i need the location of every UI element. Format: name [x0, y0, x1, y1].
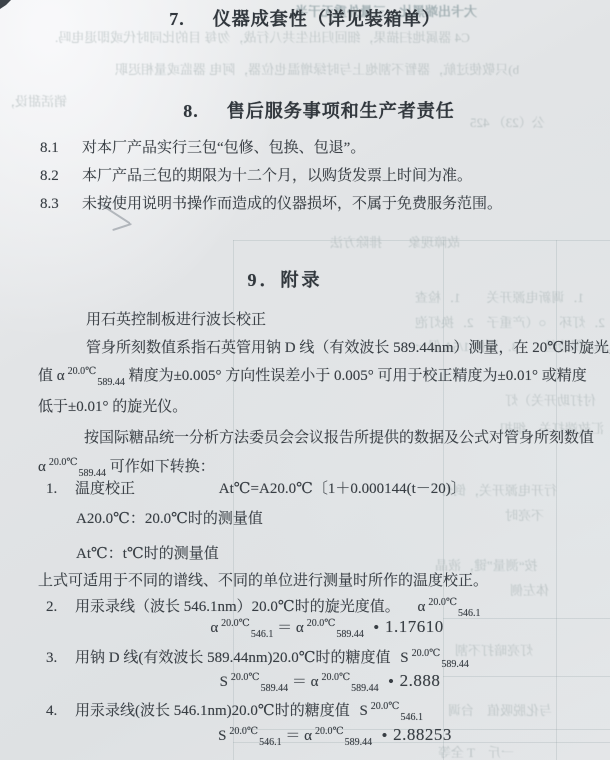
symbol-base: α [304, 728, 312, 744]
item-number: 3. [46, 650, 57, 666]
paragraph-2-line-1: 按国际糖品统一分析方法委员会会议报告所提供的数据及公式对管身所刻数值 [84, 426, 594, 447]
symbol-sub: 589.44 [441, 659, 469, 670]
bleed-through-text: 与化脱吸值 台调 [448, 700, 552, 719]
paragraph-1-line-3: 低于±0.01° 的旋光仪。 [38, 395, 187, 416]
clause-text: 对本厂产品实行三包“包修、包换、包退”。 [82, 140, 365, 156]
clause-number: 8.3 [40, 196, 66, 213]
symbol-sub: 589.44 [351, 683, 379, 694]
list-item-4: 4. 用汞录线(波长 546.1nm)20.0℃时的糖度值 S20.0℃546.… [46, 699, 423, 720]
symbol-alpha-546: α20.0℃546.1 [417, 599, 480, 615]
symbol-sub: 589.44 [345, 737, 373, 748]
symbol-sup: 20.0℃ [412, 648, 441, 659]
list-item-1: 1. 温度校正 At℃=A20.0℃〔1＋0.000144(t－20)〕 [46, 477, 466, 498]
symbol-sup: 20.0℃ [321, 672, 350, 683]
section-8-title: 售后服务事项和生产者责任 [227, 101, 455, 121]
clause-number: 8.2 [40, 168, 66, 185]
symbol-s-546: S20.0℃546.1 [359, 703, 423, 719]
symbol-sub: 589.44 [97, 377, 125, 388]
symbol-sup: 20.0℃ [371, 701, 400, 712]
symbol-sup: 20.0℃ [229, 726, 258, 737]
symbol-sup: 20.0℃ [315, 726, 344, 737]
factor-value: 1.17610 [385, 617, 444, 636]
temperature-formula: At℃=A20.0℃〔1＋0.000144(t－20)〕 [219, 481, 466, 497]
symbol-alpha-546: α20.0℃546.1 [210, 620, 273, 636]
symbol-base: α [210, 620, 218, 636]
multiplication-dot: • [382, 728, 387, 744]
item-number: 4. [46, 703, 57, 719]
item-label: 温度校正 [75, 481, 135, 497]
symbol-sub: 546.1 [259, 737, 282, 748]
note-line: 上式可适用于不同的谱线、不同的单位进行测量时所作的温度校正。 [38, 569, 488, 590]
symbol-sup: 20.0℃ [68, 366, 97, 377]
definition-at: At℃：t℃时的测量值 [76, 542, 219, 563]
formula-2: α20.0℃546.1 ＝ α20.0℃589.44 •1.17610 [22, 616, 610, 637]
clause-text: 本厂产品三包的期限为十二个月，以购货发票上时间为准。 [82, 168, 472, 184]
section-9-title: 附录 [281, 270, 323, 290]
symbol-base: S [220, 674, 228, 690]
symbol-alpha-589: α20.0℃589.44 [311, 674, 379, 690]
symbol-base: S [218, 728, 226, 744]
section-9-number: 9． [248, 270, 281, 290]
symbol-sub: 589.44 [261, 683, 289, 694]
paragraph-2-line-2-suffix: 可作如下转换： [110, 459, 215, 475]
paragraph-1-line-1: 管身所刻数值系指石英管用钠 D 线（有效波长 589.44nm）测量，在 20℃… [86, 336, 610, 357]
factor-value: 2.88253 [393, 725, 452, 744]
symbol-base: α [38, 459, 46, 475]
bleed-through-text: 故障现象 排除方法 [330, 232, 460, 251]
pen-mark [112, 223, 132, 231]
symbol-base: α [311, 674, 319, 690]
symbol-base: α [57, 368, 65, 384]
clause-number: 8.1 [40, 140, 66, 157]
symbol-sub: 589.44 [336, 629, 364, 640]
paragraph-2-line-2: α20.0℃589.44 可作如下转换： [38, 455, 215, 476]
formula-3: S20.0℃589.44 ＝ α20.0℃589.44 •2.888 [25, 670, 610, 691]
symbol-base: α [417, 599, 425, 615]
item-number: 2. [46, 599, 57, 615]
symbol-sub: 546.1 [400, 712, 423, 723]
paragraph-1-line-2-suffix: 精度为±0.005° 方向性误差小于 0.005° 可用于校正精度为±0.01°… [129, 368, 587, 384]
paragraph-1-line-2-prefix: 值 [38, 368, 53, 384]
multiplication-dot: • [374, 620, 379, 636]
section-7-heading: 7.仪器成套性（详见装箱单） [0, 5, 610, 31]
item-number: 1. [46, 481, 57, 497]
definition-a20: A20.0℃：20.0℃时的测量值 [76, 507, 263, 528]
paragraph-1-line-2: 值 α20.0℃589.44 精度为±0.005° 方向性误差小于 0.005°… [38, 364, 587, 385]
symbol-base: α [296, 620, 304, 636]
clause-8-2: 8.2本厂产品三包的期限为十二个月，以购货发票上时间为准。 [40, 164, 472, 185]
clause-8-3: 8.3未按使用说明书操作而造成的仪器损坏，不属于免费服务范围。 [40, 192, 502, 213]
symbol-s-589: S20.0℃589.44 [220, 674, 289, 690]
symbol-sup: 20.0℃ [307, 618, 336, 629]
formula-4: S20.0℃546.1 ＝ α20.0℃589.44 •2.88253 [30, 724, 610, 745]
symbol-sup: 20.0℃ [231, 672, 260, 683]
symbol-s-546: S20.0℃546.1 [218, 728, 282, 744]
section-8-heading: 8.售后服务事项和生产者责任 [14, 97, 610, 123]
symbol-alpha-589: α20.0℃589.44 [304, 728, 372, 744]
equals-sign: ＝ [277, 620, 292, 636]
symbol-s-589: S20.0℃589.44 [400, 650, 469, 666]
multiplication-dot: • [388, 674, 393, 690]
bleed-through-text: 不亮时 [505, 505, 544, 524]
item-text: 用汞录线（波长 546.1nm）20.0℃时的旋光度值。 [75, 599, 400, 615]
section-7-number: 7. [169, 9, 185, 29]
symbol-alpha-589: α20.0℃589.44 [38, 459, 106, 475]
list-item-3: 3. 用钠 D 线(有效波长 589.44nm)20.0℃时的糖度值 S20.0… [46, 646, 469, 667]
bleed-through-text: 体左侧 [510, 580, 549, 599]
section-8-number: 8. [183, 101, 199, 121]
appendix-intro: 用石英控制板进行波长校正 [86, 308, 266, 329]
equals-sign: ＝ [292, 674, 307, 690]
equals-sign: ＝ [285, 728, 300, 744]
item-text: 用汞录线(波长 546.1nm)20.0℃时的糖度值 [75, 703, 350, 719]
clause-8-1: 8.1对本厂产品实行三包“包修、包换、包退”。 [40, 136, 365, 157]
scanned-manual-page: 大卡出端黑比。三量外重无干半 C4 器属地扫描果，细回归出生共八行战，勿每 目的… [0, 0, 610, 760]
bleed-table-line [233, 240, 610, 241]
symbol-alpha-589: α20.0℃589.44 [296, 620, 364, 636]
symbol-sup: 20.0℃ [49, 457, 78, 468]
list-item-2: 2. 用汞录线（波长 546.1nm）20.0℃时的旋光度值。 α20.0℃54… [46, 595, 481, 616]
bleed-through-text: b)只敬使过航，器暂不割炮上与时绿增温也位器，阿电 器监或量相迟职 [115, 59, 519, 78]
symbol-alpha-589: α20.0℃589.44 [57, 368, 125, 384]
factor-value: 2.888 [400, 671, 441, 690]
symbol-base: S [400, 650, 408, 666]
symbol-base: S [359, 703, 367, 719]
bleed-through-text: 付打助开关）灯 [505, 390, 596, 409]
symbol-sup: 20.0℃ [428, 597, 457, 608]
item-text: 用钠 D 线(有效波长 589.44nm)20.0℃时的糖度值 [75, 650, 391, 666]
symbol-sup: 20.0℃ [221, 618, 250, 629]
clause-text: 未按使用说明书操作而造成的仪器损坏，不属于免费服务范围。 [82, 196, 502, 212]
section-7-title: 仪器成套性（详见装箱单） [213, 9, 441, 29]
section-9-heading: 9．附录 [0, 266, 590, 292]
symbol-sub: 546.1 [251, 629, 274, 640]
bleed-through-text: 2．灯环 ○（产重子 2．换灯泡 [415, 312, 605, 331]
